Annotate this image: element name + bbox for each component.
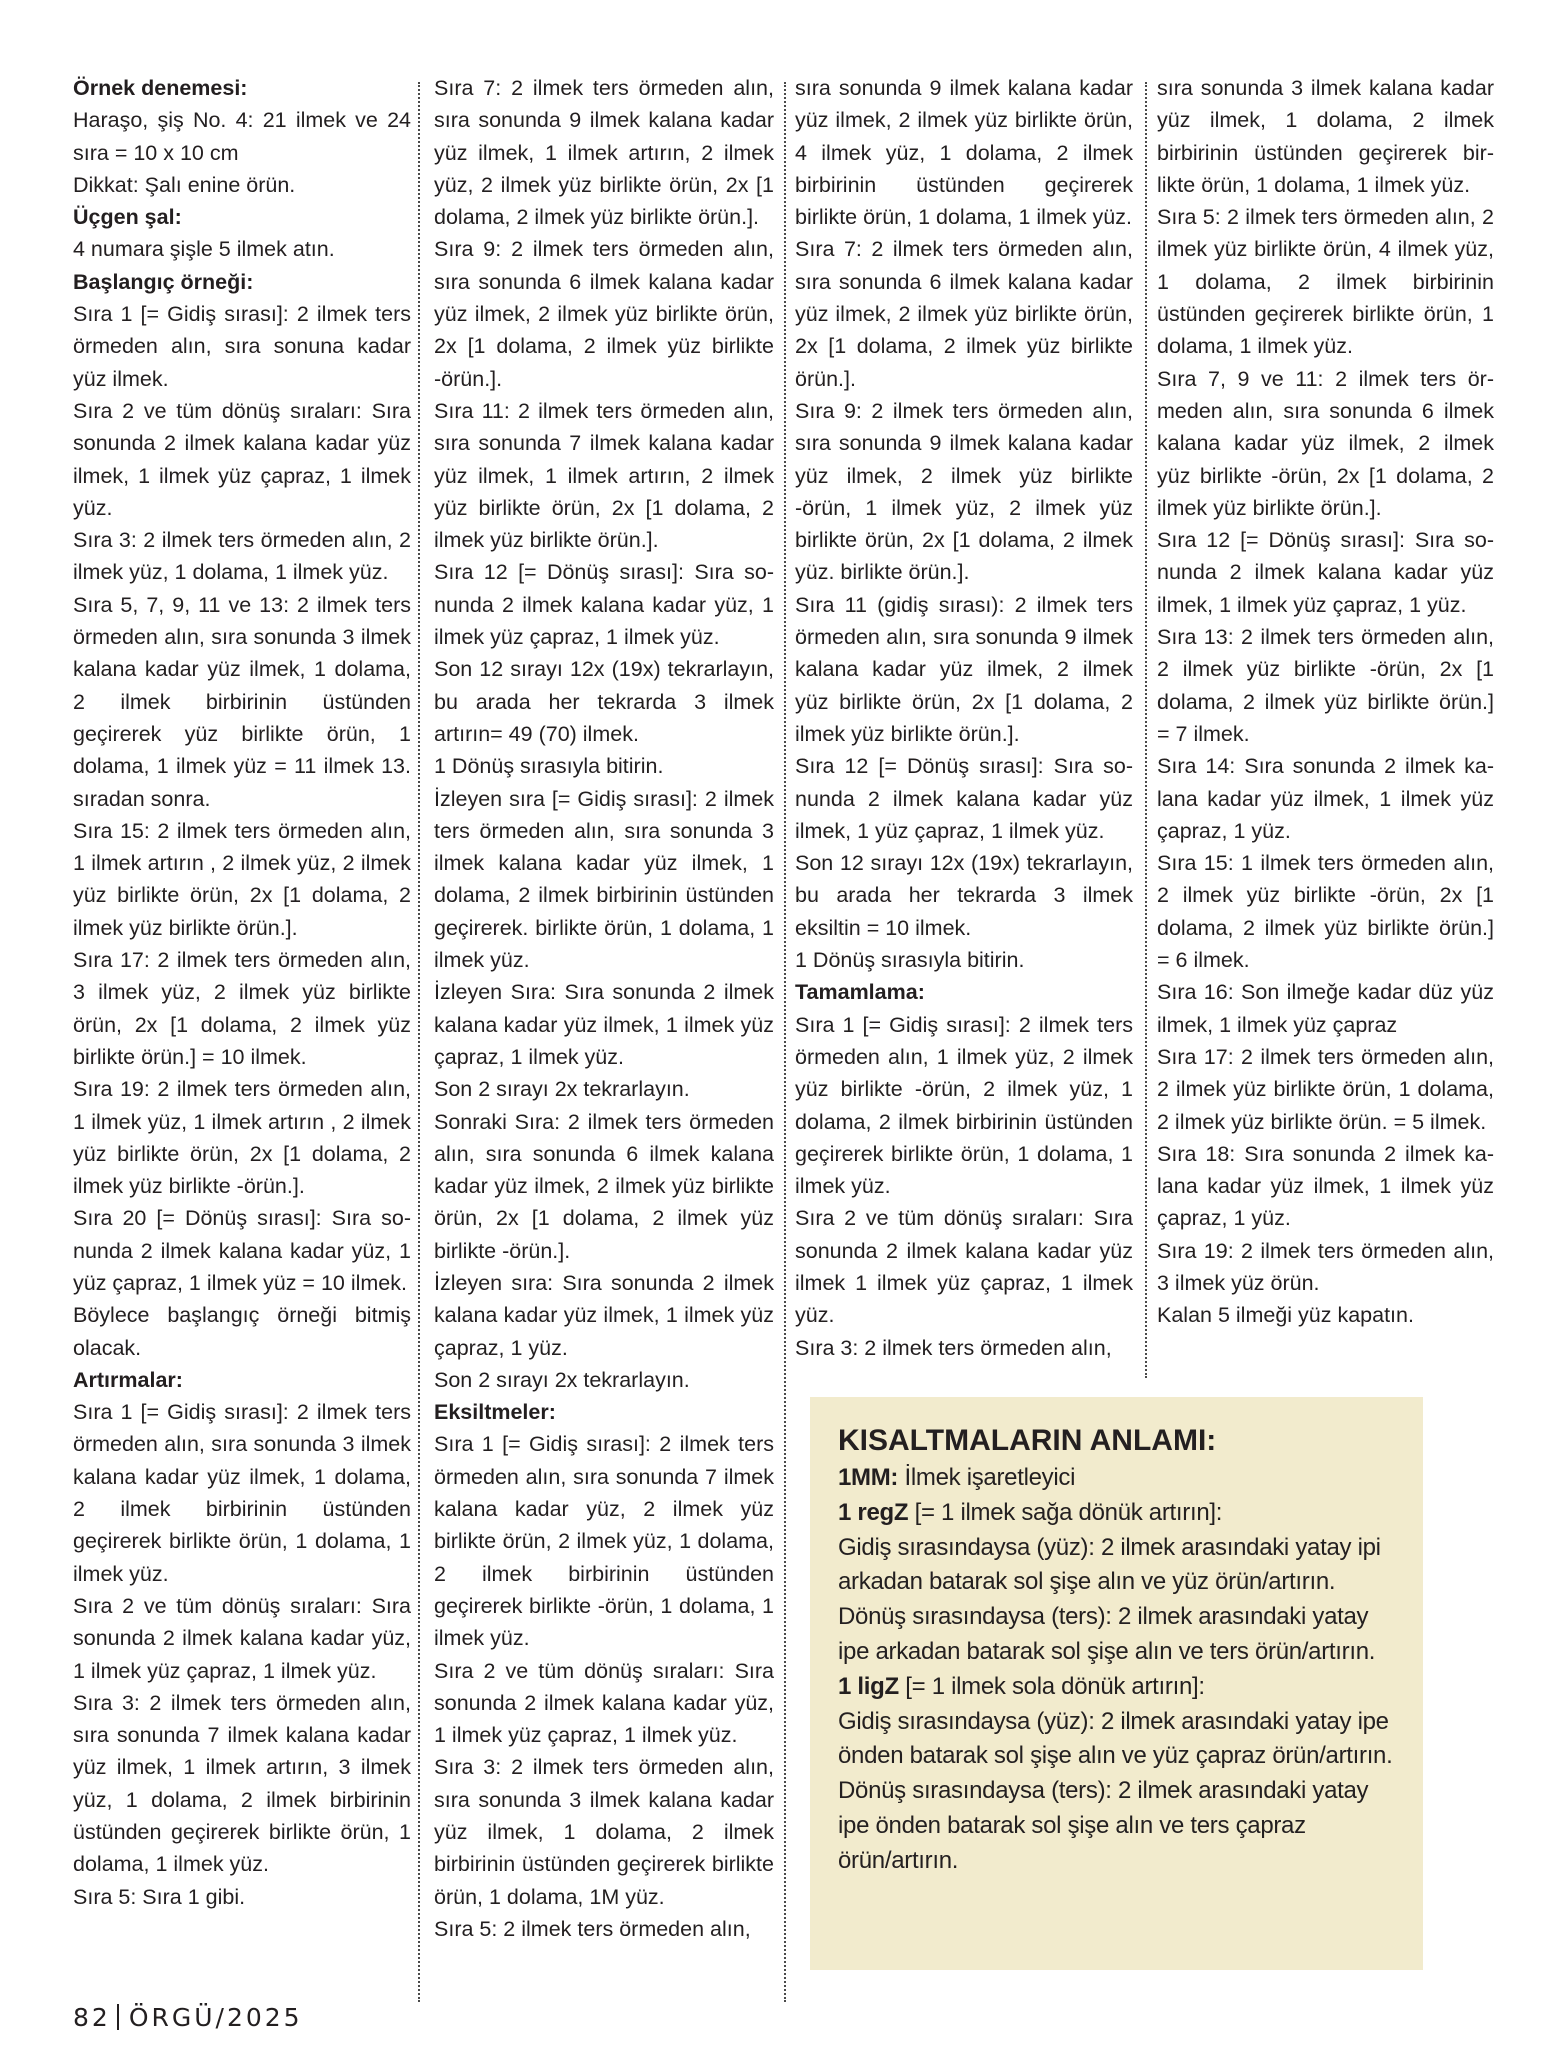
instruction-paragraph: sıra sonunda 9 ilmek kalana ka­dar yüz i… bbox=[795, 72, 1133, 233]
section-heading: Örnek denemesi: bbox=[73, 72, 411, 104]
instruction-paragraph: İzleyen sıra [= Gidiş sırası]: 2 il­mek … bbox=[434, 783, 774, 977]
abbreviation-entry: 1 regZ [= 1 ilmek sağa dönük artırın]: bbox=[838, 1496, 1395, 1531]
instruction-paragraph: Sıra 11 (gidiş sırası): 2 ilmek ters örm… bbox=[795, 589, 1133, 750]
instruction-paragraph: Sıra 13: 2 ilmek ters örmeden alın, 2 il… bbox=[1157, 621, 1494, 750]
instruction-paragraph: Sıra 2 ve tüm dönüş sıraları: Sıra sonun… bbox=[73, 395, 411, 524]
instruction-paragraph: Son 2 sırayı 2x tekrarlayın. bbox=[434, 1364, 774, 1396]
instruction-paragraph: Sıra 3: 2 ilmek ters örmeden alın, bbox=[795, 1332, 1133, 1364]
text-column-2: Sıra 7: 2 ilmek ters örmeden alın, sıra … bbox=[434, 72, 774, 1945]
instruction-paragraph: Sıra 11: 2 ilmek ters örmeden alın, sıra… bbox=[434, 395, 774, 556]
footer-separator bbox=[117, 2004, 119, 2030]
magazine-name: ÖRGÜ/2025 bbox=[129, 2003, 303, 2032]
instruction-paragraph: Sıra 19: 2 ilmek ters örmeden alın, 3 il… bbox=[1157, 1235, 1494, 1300]
section-heading: Tamamlama: bbox=[795, 976, 1133, 1008]
instruction-paragraph: Sıra 2 ve tüm dönüş sıraları: Sıra sonun… bbox=[434, 1655, 774, 1752]
section-heading: Eksiltmeler: bbox=[434, 1396, 774, 1428]
abbreviation-definition: [= 1 ilmek sağa dönük artırın]: bbox=[908, 1499, 1222, 1526]
abbreviation-entry: Gidiş sırasındaysa (yüz): 2 ilmek arasın… bbox=[838, 1705, 1395, 1879]
instruction-paragraph: Sıra 15: 2 ilmek ters örmeden alın, 1 il… bbox=[73, 815, 411, 944]
instruction-paragraph: Sıra 5, 7, 9, 11 ve 13: 2 ilmek ters örm… bbox=[73, 589, 411, 815]
abbreviation-definition: Dönüş sırasındaysa (ters): 2 ilmek arası… bbox=[838, 1603, 1375, 1665]
abbreviation-entry: 1MM: İlmek işaretleyici bbox=[838, 1461, 1395, 1496]
instruction-paragraph: Sıra 17: 2 ilmek ters örmeden alın, 2 il… bbox=[1157, 1041, 1494, 1138]
abbreviations-list: 1MM: İlmek işaretleyici1 regZ [= 1 ilmek… bbox=[838, 1461, 1395, 1879]
instruction-paragraph: Sıra 12 [= Dönüş sırası]: Sıra so­nunda … bbox=[795, 750, 1133, 847]
instruction-paragraph: Dikkat: Şalı enine örün. bbox=[73, 169, 411, 201]
instruction-paragraph: Son 12 sırayı 12x (19x) tekrarla­yın, bu… bbox=[795, 847, 1133, 944]
abbreviation-term: 1MM: bbox=[838, 1464, 898, 1491]
abbreviation-definition: Gidiş sırasındaysa (yüz): 2 ilmek arasın… bbox=[838, 1534, 1381, 1596]
instruction-paragraph: Sıra 12 [= Dönüş sırası]: Sıra so­nunda … bbox=[1157, 524, 1494, 621]
instruction-paragraph: Sıra 16: Son ilmeğe kadar düz yüz ilmek,… bbox=[1157, 976, 1494, 1041]
text-column-3: sıra sonunda 9 ilmek kalana ka­dar yüz i… bbox=[795, 72, 1133, 1364]
abbreviation-term: 1 ligZ bbox=[838, 1673, 899, 1700]
text-column-1: Örnek denemesi:Haraşo, şiş No. 4: 21 ilm… bbox=[73, 72, 411, 1913]
instruction-paragraph: Sıra 17: 2 ilmek ters örmeden alın, 3 il… bbox=[73, 944, 411, 1073]
instruction-paragraph: Böylece başlangıç örneği bitmiş olacak. bbox=[73, 1299, 411, 1364]
instruction-paragraph: Sıra 1 [= Gidiş sırası]: 2 ilmek ters ör… bbox=[73, 298, 411, 395]
abbreviation-definition: İlmek işaretleyici bbox=[898, 1464, 1075, 1491]
instruction-paragraph: Sıra 1 [= Gidiş sırası]: 2 ilmek ters ör… bbox=[795, 1009, 1133, 1203]
instruction-paragraph: Sıra 7: 2 ilmek ters örmeden alın, sıra … bbox=[795, 233, 1133, 394]
instruction-paragraph: Kalan 5 ilmeği yüz kapatın. bbox=[1157, 1299, 1494, 1331]
instruction-paragraph: Sıra 18: Sıra sonunda 2 ilmek ka­lana ka… bbox=[1157, 1138, 1494, 1235]
section-heading: Üçgen şal: bbox=[73, 201, 411, 233]
instruction-paragraph: Sıra 7, 9 ve 11: 2 ilmek ters ör­meden a… bbox=[1157, 363, 1494, 524]
instruction-paragraph: Sıra 14: Sıra sonunda 2 ilmek ka­lana ka… bbox=[1157, 750, 1494, 847]
instruction-paragraph: Haraşo, şiş No. 4: 21 ilmek ve 24 sıra =… bbox=[73, 104, 411, 169]
abbreviations-box: KISALTMALARIN ANLAMI: 1MM: İlmek işaretl… bbox=[810, 1397, 1423, 1970]
instruction-paragraph: Sıra 2 ve tüm dönüş sıraları: Sıra sonun… bbox=[795, 1202, 1133, 1331]
instruction-paragraph: 4 numara şişle 5 ilmek atın. bbox=[73, 233, 411, 265]
abbreviation-definition: Gidiş sırasındaysa (yüz): 2 ilmek arasın… bbox=[838, 1708, 1392, 1874]
instruction-paragraph: Sonraki Sıra: 2 ilmek ters örme­den alın… bbox=[434, 1106, 774, 1267]
instruction-paragraph: Sıra 12 [= Dönüş sırası]: Sıra so­nunda … bbox=[434, 556, 774, 653]
column-divider-2 bbox=[784, 82, 786, 2002]
instruction-paragraph: Sıra 7: 2 ilmek ters örmeden alın, sıra … bbox=[434, 72, 774, 233]
instruction-paragraph: Sıra 15: 1 ilmek ters örmeden alın, 2 il… bbox=[1157, 847, 1494, 976]
abbreviation-entry: 1 ligZ [= 1 ilmek sola dönük artırın]: bbox=[838, 1670, 1395, 1705]
instruction-paragraph: Sıra 9: 2 ilmek ters örmeden alın, sıra … bbox=[434, 233, 774, 394]
section-heading: Başlangıç örneği: bbox=[73, 266, 411, 298]
text-column-4: sıra sonunda 3 ilmek kalana ka­dar yüz i… bbox=[1157, 72, 1494, 1332]
instruction-paragraph: Sıra 3: 2 ilmek ters örmeden alın, sıra … bbox=[434, 1751, 774, 1912]
instruction-paragraph: 1 Dönüş sırasıyla bitirin. bbox=[434, 750, 774, 782]
instruction-paragraph: Sıra 5: 2 ilmek ters örmeden alın, 2 ilm… bbox=[1157, 201, 1494, 362]
instruction-paragraph: Sıra 20 [= Dönüş sırası]: Sıra so­nunda … bbox=[73, 1202, 411, 1299]
instruction-paragraph: Sıra 5: Sıra 1 gibi. bbox=[73, 1881, 411, 1913]
instruction-paragraph: İzleyen Sıra: Sıra sonunda 2 il­mek kala… bbox=[434, 976, 774, 1073]
instruction-paragraph: 1 Dönüş sırasıyla bitirin. bbox=[795, 944, 1133, 976]
section-heading: Artırmalar: bbox=[73, 1364, 411, 1396]
instruction-paragraph: sıra sonunda 3 ilmek kalana ka­dar yüz i… bbox=[1157, 72, 1494, 201]
instruction-paragraph: Sıra 3: 2 ilmek ters örmeden alın, 2 ilm… bbox=[73, 524, 411, 589]
instruction-paragraph: Sıra 2 ve tüm dönüş sıraları: Sıra sonun… bbox=[73, 1590, 411, 1687]
instruction-paragraph: Sıra 3: 2 ilmek ters örmeden alın, sıra … bbox=[73, 1687, 411, 1881]
instruction-paragraph: Sıra 1 [= Gidiş sırası]: 2 ilmek ters ör… bbox=[73, 1396, 411, 1590]
abbreviation-entry: Gidiş sırasındaysa (yüz): 2 ilmek arasın… bbox=[838, 1531, 1395, 1601]
instruction-paragraph: İzleyen sıra: Sıra sonunda 2 il­mek kala… bbox=[434, 1267, 774, 1364]
abbreviation-entry: Dönüş sırasındaysa (ters): 2 ilmek arası… bbox=[838, 1600, 1395, 1670]
instruction-paragraph: Sıra 5: 2 ilmek ters örmeden alın, bbox=[434, 1913, 774, 1945]
abbreviation-term: 1 regZ bbox=[838, 1499, 908, 1526]
instruction-paragraph: Sıra 9: 2 ilmek ters örmeden alın, sıra … bbox=[795, 395, 1133, 589]
column-divider-1 bbox=[418, 82, 420, 2002]
instruction-paragraph: Sıra 19: 2 ilmek ters örmeden alın, 1 il… bbox=[73, 1073, 411, 1202]
instruction-paragraph: Sıra 1 [= Gidiş sırası]: 2 ilmek ters ör… bbox=[434, 1428, 774, 1654]
abbreviations-title: KISALTMALARIN ANLAMI: bbox=[838, 1423, 1395, 1459]
column-divider-3 bbox=[1145, 82, 1147, 1378]
page-number: 82 bbox=[73, 2003, 111, 2032]
abbreviation-definition: [= 1 ilmek sola dönük artırın]: bbox=[899, 1673, 1205, 1700]
instruction-paragraph: Son 12 sırayı 12x (19x) tekrarla­yın, bu… bbox=[434, 653, 774, 750]
instruction-paragraph: Son 2 sırayı 2x tekrarlayın. bbox=[434, 1073, 774, 1105]
page-footer: 82ÖRGÜ/2025 bbox=[73, 2003, 303, 2032]
